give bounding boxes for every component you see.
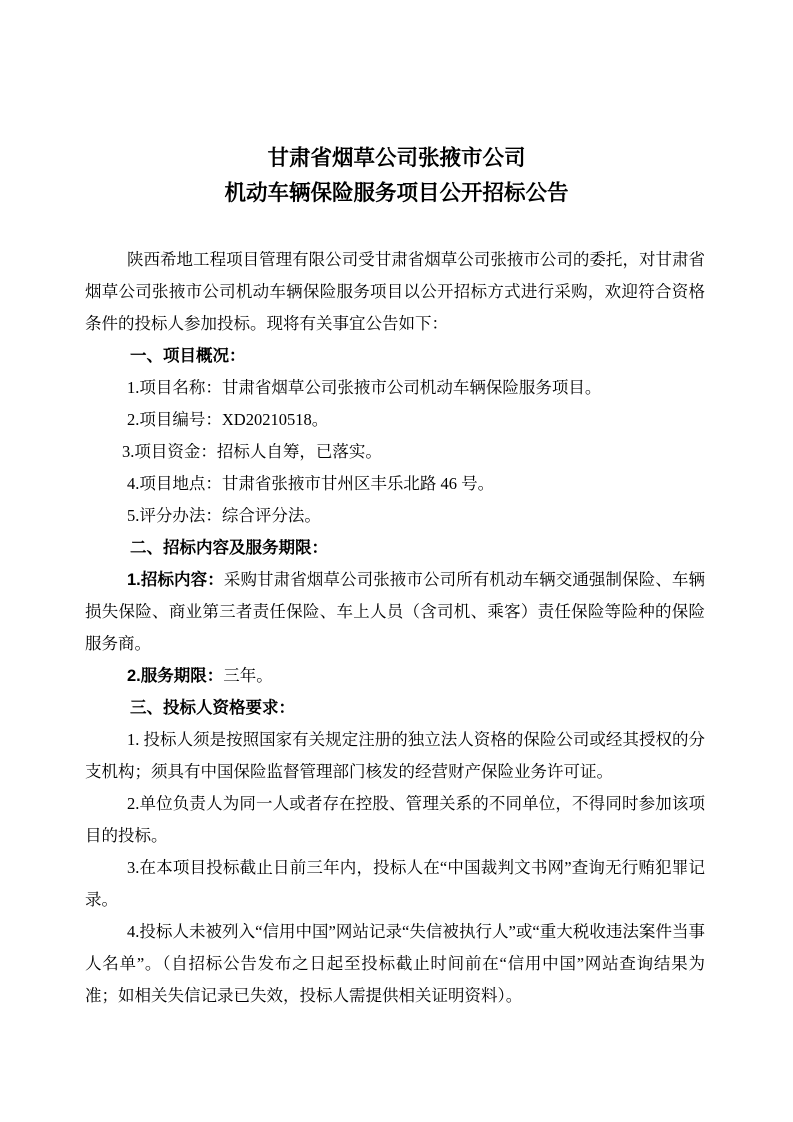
document-title: 甘肃省烟草公司张掖市公司 机动车辆保险服务项目公开招标公告 xyxy=(0,141,793,211)
section-heading-project-overview: 一、项目概况： xyxy=(85,340,705,372)
document-title-line-1: 甘肃省烟草公司张掖市公司 xyxy=(0,141,793,176)
item-project-name: 1.项目名称：甘肃省烟草公司张掖市公司机动车辆保险服务项目。 xyxy=(85,372,705,404)
item-project-location: 4.项目地点：甘肃省张掖市甘州区丰乐北路 46 号。 xyxy=(85,468,705,500)
item-scoring-method: 5.评分办法：综合评分法。 xyxy=(85,500,705,532)
service-term-label: 2.服务期限： xyxy=(127,667,223,685)
bid-content-label: 1.招标内容： xyxy=(127,571,224,589)
item-qualification-2: 2.单位负责人为同一人或者存在控股、管理关系的不同单位，不得同时参加该项目的投标… xyxy=(85,788,705,852)
section-heading-bid-content-and-service-term: 二、招标内容及服务期限： xyxy=(85,532,705,564)
item-project-funding: 3.项目资金：招标人自筹，已落实。 xyxy=(85,436,705,468)
item-project-number: 2.项目编号：XD20210518。 xyxy=(85,404,705,436)
document-title-line-2: 机动车辆保险服务项目公开招标公告 xyxy=(0,176,793,211)
item-qualification-4: 4.投标人未被列入“信用中国”网站记录“失信被执行人”或“重大税收违法案件当事人… xyxy=(85,916,705,1012)
intro-paragraph: 陕西希地工程项目管理有限公司受甘肃省烟草公司张掖市公司的委托，对甘肃省烟草公司张… xyxy=(85,244,705,340)
item-qualification-3: 3.在本项目投标截止日前三年内，投标人在“中国裁判文书网”查询无行贿犯罪记录。 xyxy=(85,852,705,916)
item-bid-content: 1.招标内容：采购甘肃省烟草公司张掖市公司所有机动车辆交通强制保险、车辆损失保险… xyxy=(85,564,705,660)
item-service-term: 2.服务期限：三年。 xyxy=(85,660,705,692)
document-body: 陕西希地工程项目管理有限公司受甘肃省烟草公司张掖市公司的委托，对甘肃省烟草公司张… xyxy=(85,244,705,1012)
document-page: 甘肃省烟草公司张掖市公司 机动车辆保险服务项目公开招标公告 陕西希地工程项目管理… xyxy=(0,0,793,1122)
section-heading-bidder-qualifications: 三、投标人资格要求： xyxy=(85,692,705,724)
service-term-text: 三年。 xyxy=(223,666,273,685)
item-qualification-1: 1. 投标人须是按照国家有关规定注册的独立法人资格的保险公司或经其授权的分支机构… xyxy=(85,724,705,788)
